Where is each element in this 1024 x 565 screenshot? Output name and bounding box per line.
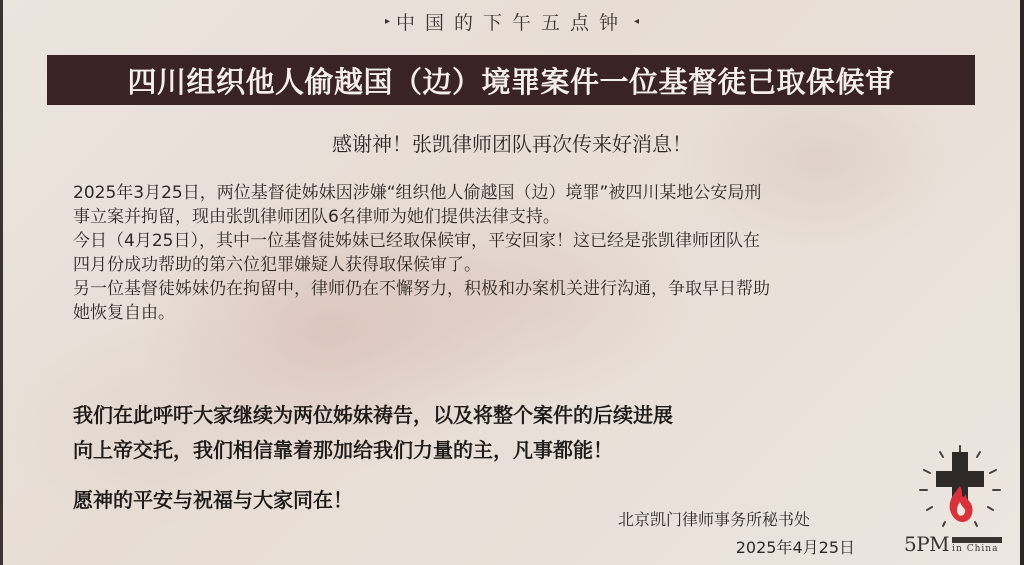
paragraph-bail-granted: 今日（4月25日），其中一位基督徒姊妹已经取保候审，平安回家！这已经是张凯律师团…: [73, 229, 953, 277]
brand-header: ▸ 中国的下午五点钟 ◂: [0, 8, 1024, 35]
subtitle: 感谢神！张凯律师团队再次传来好消息！: [0, 128, 1024, 157]
left-border: [0, 0, 3, 565]
prayer-appeal: 我们在此呼吁大家继续为两位姊妹祷告，以及将整个案件的后续进展 向上帝交托，我们相…: [73, 398, 873, 468]
triangle-left-icon: ◂: [634, 16, 639, 27]
blessing: 愿神的平安与祝福与大家同在！: [73, 484, 353, 513]
paragraph-still-detained: 另一位基督徒姊妹仍在拘留中，律师仍在不懈努力，积极和办案机关进行沟通，争取早日帮…: [73, 277, 953, 325]
cross-with-flame-icon: [900, 438, 1018, 534]
paragraph-case-background: 2025年3月25日，两位基督徒姊妹因涉嫌“组织他人偷越国（边）境罪”被四川某地…: [73, 181, 953, 229]
signature-organization: 北京凯门律师事务所秘书处: [615, 506, 855, 534]
logo-in-china-text: in China: [952, 544, 1002, 554]
logo-5pm-text: 5PM: [904, 534, 949, 554]
5pm-in-china-logo: 5PM in China: [900, 438, 1018, 558]
brand-name: 中国的下午五点钟: [396, 8, 628, 35]
appeal-line: 我们在此呼吁大家继续为两位姊妹祷告，以及将整个案件的后续进展: [73, 398, 873, 433]
appeal-line: 向上帝交托，我们相信靠着那加给我们力量的主，凡事都能！: [73, 433, 873, 468]
logo-wordmark: 5PM in China: [904, 534, 1002, 554]
logo-chinese-tag: [952, 537, 1002, 543]
article-body: 2025年3月25日，两位基督徒姊妹因涉嫌“组织他人偷越国（边）境罪”被四川某地…: [73, 181, 953, 325]
signature-date: 2025年4月25日: [615, 534, 855, 562]
headline-banner: 四川组织他人偷越国（边）境罪案件一位基督徒已取保候审: [47, 55, 975, 105]
signature-block: 北京凯门律师事务所秘书处 2025年4月25日: [615, 506, 855, 562]
right-border: [1020, 0, 1024, 565]
headline: 四川组织他人偷越国（边）境罪案件一位基督徒已取保候审: [127, 60, 894, 101]
triangle-right-icon: ▸: [385, 16, 390, 27]
